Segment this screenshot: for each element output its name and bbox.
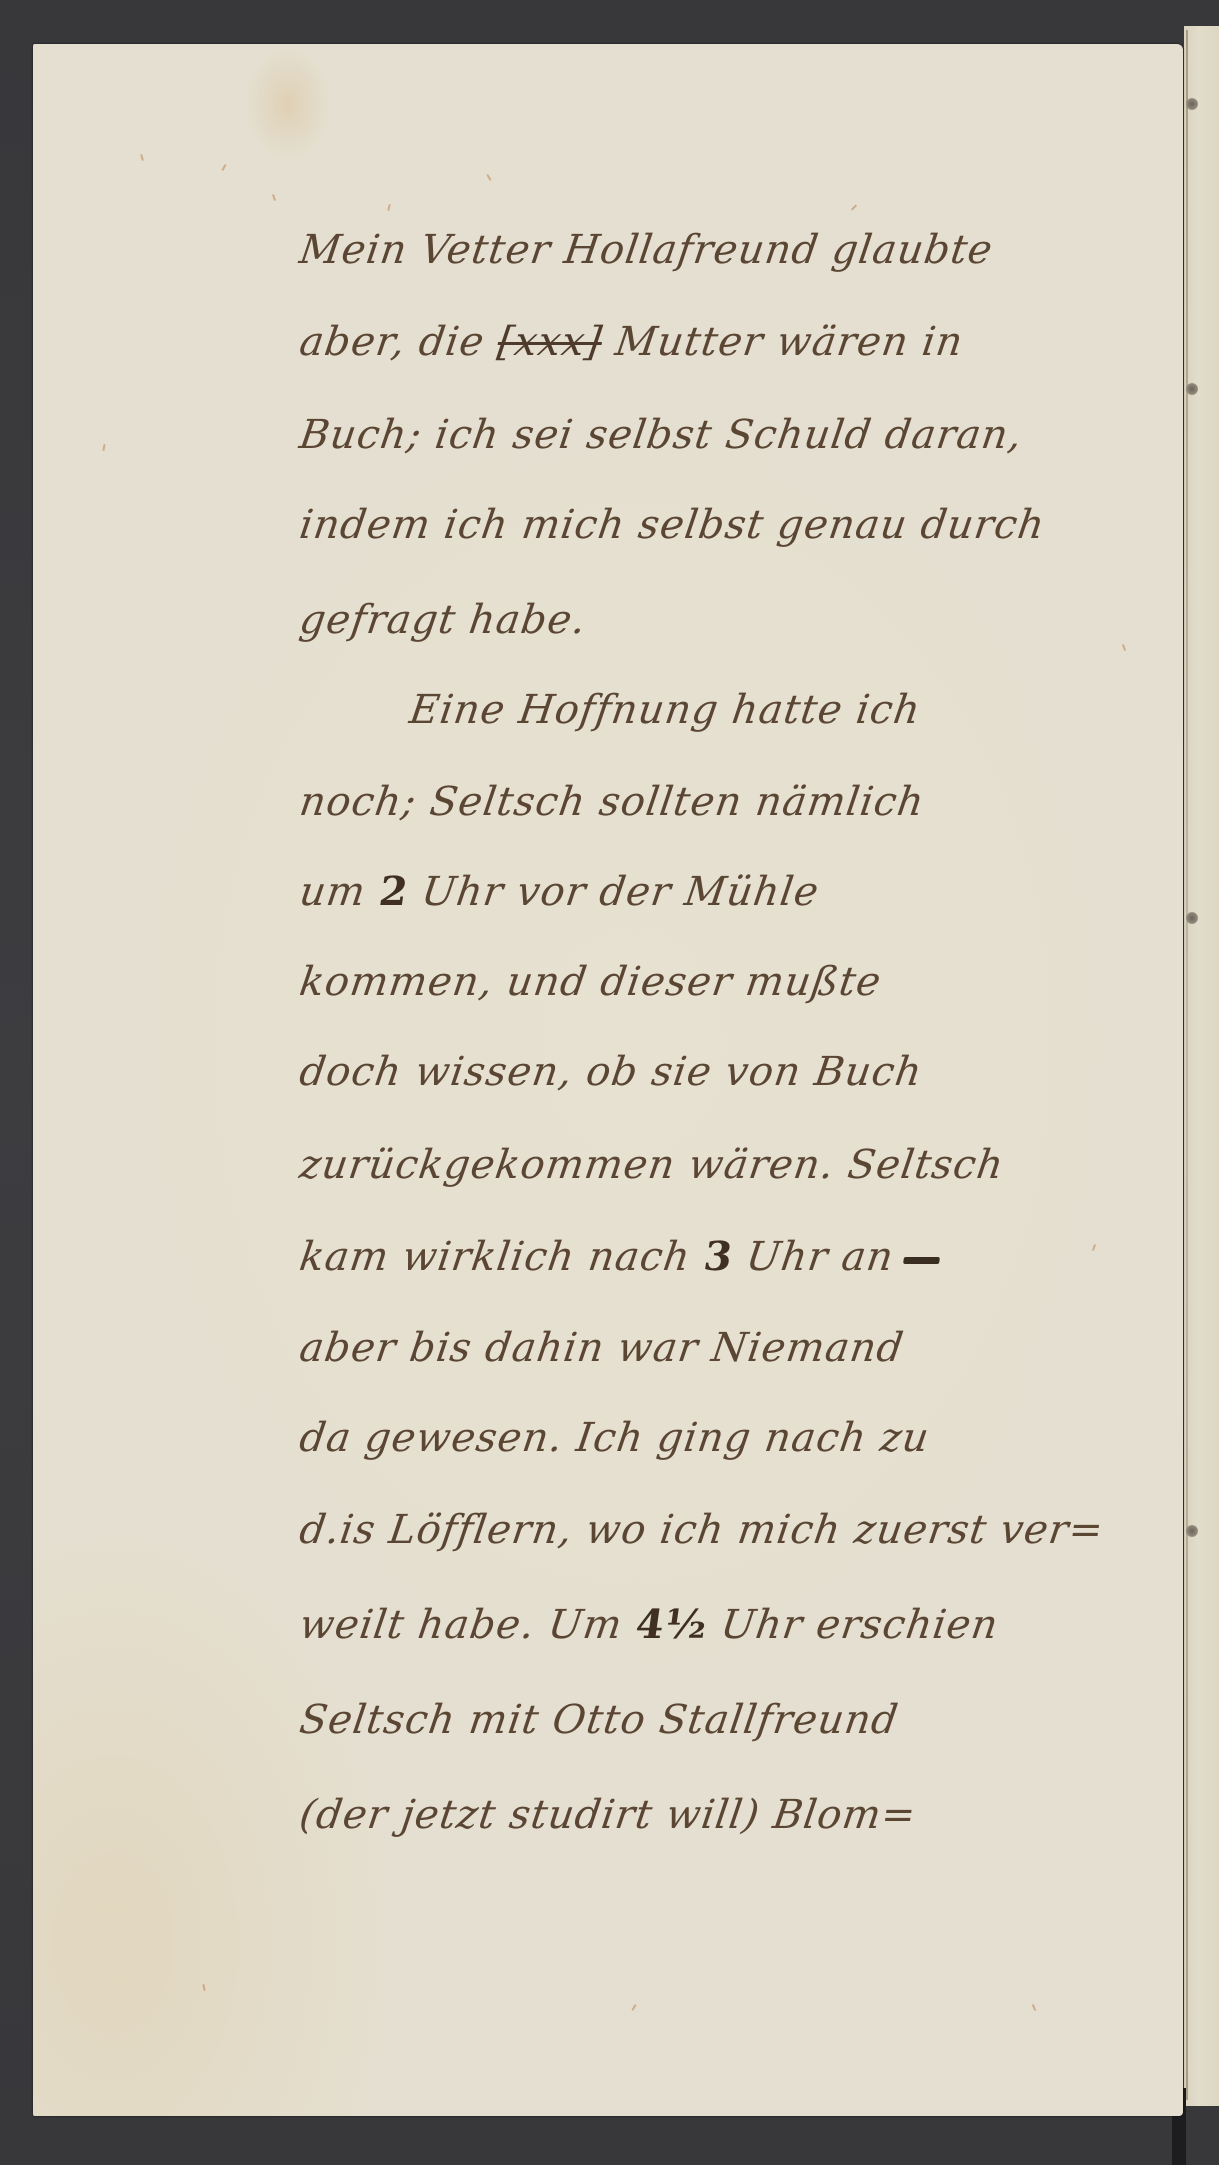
text-line: zurückgekommen wären. Seltsch <box>297 1145 1006 1185</box>
text-line: noch; Seltsch sollten nämlich <box>297 782 927 822</box>
text-line: Buch; ich sei selbst Schuld daran, <box>297 415 1025 455</box>
text-line: indem ich mich selbst genau durch <box>297 505 1047 545</box>
text-line: d.is Löfflern, wo ich mich zuerst ver= <box>297 1510 1106 1550</box>
struck-word: [xxx] <box>495 319 605 365</box>
handwritten-text: Mein Vetter Hollafreund glaubte aber, di… <box>0 0 1219 2165</box>
time-number: 4½ <box>633 1601 711 1648</box>
text-line: weilt habe. Um 4½ Uhr erschien <box>297 1605 1001 1645</box>
text-line: um 2 Uhr vor der Mühle <box>297 872 821 912</box>
text-line: Mein Vetter Hollafreund glaubte <box>297 230 995 270</box>
text-line-paragraph-start: Eine Hoffnung hatte ich <box>407 690 923 730</box>
text-line: doch wissen, ob sie von Buch <box>297 1052 925 1092</box>
text-line: Seltsch mit Otto Stallfreund <box>297 1700 901 1740</box>
text-line: aber bis dahin war Niemand <box>297 1328 906 1368</box>
text-line: da gewesen. Ich ging nach zu <box>297 1418 932 1458</box>
text-line: (der jetzt studirt will) Blom= <box>297 1795 919 1835</box>
text-line: kam wirklich nach 3 Uhr an <box>297 1237 942 1277</box>
ink-dash-mark <box>903 1257 940 1264</box>
text-line: aber, die [xxx] Mutter wären in <box>297 322 966 362</box>
text-line: kommen, und dieser mußte <box>297 962 884 1002</box>
text-line: gefragt habe. <box>297 600 589 640</box>
